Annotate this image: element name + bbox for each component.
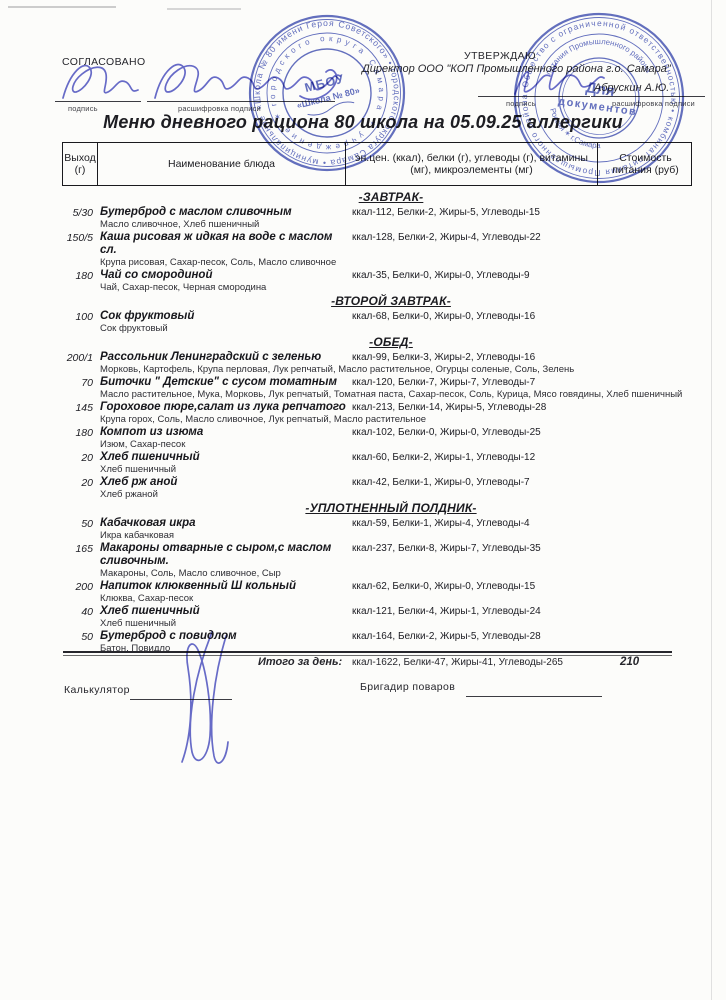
company-stamp-center2: документов xyxy=(557,95,638,118)
item-nutrition: ккал-112, Белки-2, Жиры-5, Углеводы-15 xyxy=(352,206,692,219)
total-nutrition: ккал-1622, Белки-47, Жиры-41, Углеводы-2… xyxy=(352,657,563,668)
item-ingredients: Масло сливочное, Хлеб пшеничный xyxy=(100,219,692,230)
item-ingredients: Макароны, Соль, Масло сливочное, Сыр xyxy=(100,568,692,579)
item-weight: 180 xyxy=(62,269,100,282)
section-header-label: -УПЛОТНЕННЫЙ ПОЛДНИК- xyxy=(305,501,476,515)
item-name: Каша рисовая ж идкая на воде с маслом сл… xyxy=(100,231,352,257)
item-weight: 5/30 xyxy=(62,206,100,219)
company-stamp-center1: Для xyxy=(585,79,616,100)
menu-item: 100 Сок фруктовый ккал-68, Белки-0, Жиры… xyxy=(62,310,692,334)
item-name: Биточки " Детские" с сусом томатным xyxy=(100,376,352,389)
menu-item: 150/5 Каша рисовая ж идкая на воде с мас… xyxy=(62,231,692,268)
item-weight: 20 xyxy=(62,476,100,489)
item-nutrition: ккал-60, Белки-2, Жиры-1, Углеводы-12 xyxy=(352,451,692,464)
item-name: Хлеб пшеничный xyxy=(100,605,352,618)
total-row: Итого за день: ккал-1622, Белки-47, Жиры… xyxy=(62,656,692,672)
item-name: Чай со смородиной xyxy=(100,269,352,282)
section-header: -ОБЕД- xyxy=(62,335,692,349)
brigade-label: Бригадир поваров xyxy=(360,681,455,693)
agreed-label: СОГЛАСОВАНО xyxy=(62,56,146,68)
item-nutrition: ккал-35, Белки-0, Жиры-0, Углеводы-9 xyxy=(352,269,692,282)
svg-text:Общество с ограниченной ответс: Общество с ограниченной ответственностью… xyxy=(509,8,690,188)
item-ingredients: Хлеб ржаной xyxy=(100,489,692,500)
item-weight: 20 xyxy=(62,451,100,464)
menu-item: 180 Компот из изюма ккал-102, Белки-0, Ж… xyxy=(62,426,692,450)
item-name: Хлеб рж аной xyxy=(100,476,352,489)
section-header-label: -ВТОРОЙ ЗАВТРАК- xyxy=(331,294,451,308)
item-weight: 40 xyxy=(62,605,100,618)
item-nutrition: ккал-102, Белки-0, Жиры-0, Углеводы-25 xyxy=(352,426,692,439)
section-header-label: -ЗАВТРАК- xyxy=(359,190,424,204)
menu-item: 20 Хлеб рж аной ккал-42, Белки-1, Жиры-0… xyxy=(62,476,692,500)
menu-item: 145 Гороховое пюре,салат из лука репчато… xyxy=(62,401,692,425)
item-weight: 50 xyxy=(62,517,100,530)
item-weight: 150/5 xyxy=(62,231,100,244)
item-nutrition: ккал-99, Белки-3, Жиры-2, Углеводы-16 xyxy=(352,351,692,364)
calculator-label: Калькулятор xyxy=(64,684,130,696)
item-ingredients: Сок фруктовый xyxy=(100,323,692,334)
item-nutrition: ккал-120, Белки-7, Жиры-7, Углеводы-7 xyxy=(352,376,692,389)
menu-item: 200 Напиток клюквенный Ш кольный ккал-62… xyxy=(62,580,692,604)
company-stamp-ring1: Общество с ограниченной ответственностью… xyxy=(509,8,690,188)
item-ingredients: Икра кабачковая xyxy=(100,530,692,541)
calculator-signature-line xyxy=(130,699,232,700)
menu-item: 180 Чай со смородиной ккал-35, Белки-0, … xyxy=(62,269,692,293)
item-weight: 200 xyxy=(62,580,100,593)
item-ingredients: Изюм, Сахар-песок xyxy=(100,439,692,450)
section-header-label: -ОБЕД- xyxy=(369,335,413,349)
item-ingredients: Хлеб пшеничный xyxy=(100,464,692,475)
item-ingredients: Масло растительное, Мука, Морковь, Лук р… xyxy=(100,389,692,400)
item-weight: 200/1 xyxy=(62,351,100,364)
item-ingredients: Чай, Сахар-песок, Черная смородина xyxy=(100,282,692,293)
item-ingredients: Крупа горох, Соль, Масло сливочное, Лук … xyxy=(100,414,692,425)
section-header: -ВТОРОЙ ЗАВТРАК- xyxy=(62,294,692,308)
item-nutrition: ккал-237, Белки-8, Жиры-7, Углеводы-35 xyxy=(352,542,692,555)
menu-item: 165 Макароны отварные с сыром,с маслом с… xyxy=(62,542,692,579)
item-name: Компот из изюма xyxy=(100,426,352,439)
brigade-signature-line xyxy=(466,696,602,697)
item-name: Сок фруктовый xyxy=(100,310,352,323)
item-weight: 50 xyxy=(62,630,100,643)
agreed-signature xyxy=(63,66,138,98)
scan-artifact xyxy=(8,6,116,8)
menu-item: 200/1 Рассольник Ленинградский с зеленью… xyxy=(62,351,692,375)
item-nutrition: ккал-121, Белки-4, Жиры-1, Углеводы-24 xyxy=(352,605,692,618)
scan-artifact xyxy=(167,8,241,10)
menu-item: 70 Биточки " Детские" с сусом томатным к… xyxy=(62,376,692,400)
menu-item: 20 Хлеб пшеничный ккал-60, Белки-2, Жиры… xyxy=(62,451,692,475)
item-name: Бутерброд с маслом сливочным xyxy=(100,206,352,219)
item-ingredients: Хлеб пшеничный xyxy=(100,618,692,629)
item-nutrition: ккал-62, Белки-0, Жиры-0, Углеводы-15 xyxy=(352,580,692,593)
item-ingredients: Морковь, Картофель, Крупа перловая, Лук … xyxy=(100,364,692,375)
item-nutrition: ккал-42, Белки-1, Жиры-0, Углеводы-7 xyxy=(352,476,692,489)
total-cost: 210 xyxy=(620,656,639,668)
company-round-stamp: Общество с ограниченной ответственностью… xyxy=(492,8,706,188)
col-header-output: Выход (г) xyxy=(63,143,98,185)
item-nutrition: ккал-68, Белки-0, Жиры-0, Углеводы-16 xyxy=(352,310,692,323)
agreed-signature-line xyxy=(55,101,141,102)
item-ingredients: Крупа рисовая, Сахар-песок, Соль, Масло … xyxy=(100,257,692,268)
menu-item: 5/30 Бутерброд с маслом сливочным ккал-1… xyxy=(62,206,692,230)
section-header: -ЗАВТРАК- xyxy=(62,190,692,204)
menu-item: 40 Хлеб пшеничный ккал-121, Белки-4, Жир… xyxy=(62,605,692,629)
school-round-stamp: «Школа № 80 имени Героя Советского» • го… xyxy=(237,3,417,183)
item-name: Кабачковая икра xyxy=(100,517,352,530)
scan-artifact xyxy=(711,0,712,1000)
item-weight: 180 xyxy=(62,426,100,439)
section-header: -УПЛОТНЕННЫЙ ПОЛДНИК- xyxy=(62,501,692,515)
item-nutrition: ккал-164, Белки-2, Жиры-5, Углеводы-28 xyxy=(352,630,692,643)
item-weight: 165 xyxy=(62,542,100,555)
item-nutrition: ккал-128, Белки-2, Жиры-4, Углеводы-22 xyxy=(352,231,692,244)
item-weight: 145 xyxy=(62,401,100,414)
item-name: Напиток клюквенный Ш кольный xyxy=(100,580,352,593)
item-ingredients: Клюква, Сахар-песок xyxy=(100,593,692,604)
item-name: Хлеб пшеничный xyxy=(100,451,352,464)
item-weight: 70 xyxy=(62,376,100,389)
item-name: Рассольник Ленинградский с зеленью xyxy=(100,351,352,364)
menu-body: -ЗАВТРАК- 5/30 Бутерброд с маслом сливоч… xyxy=(62,189,692,655)
item-weight: 100 xyxy=(62,310,100,323)
item-name: Гороховое пюре,салат из лука репчатого xyxy=(100,401,352,414)
item-name: Макароны отварные с сыром,с маслом сливо… xyxy=(100,542,352,568)
menu-item: 50 Кабачковая икра ккал-59, Белки-1, Жир… xyxy=(62,517,692,541)
total-label: Итого за день: xyxy=(258,656,342,668)
scanned-menu-document: СОГЛАСОВАНО подпись расшифровка подписи … xyxy=(0,0,726,1000)
item-nutrition: ккал-59, Белки-1, Жиры-4, Углеводы-4 xyxy=(352,517,692,530)
item-name: Бутерброд с повидлом xyxy=(100,630,352,643)
item-nutrition: ккал-213, Белки-14, Жиры-5, Углеводы-28 xyxy=(352,401,692,414)
